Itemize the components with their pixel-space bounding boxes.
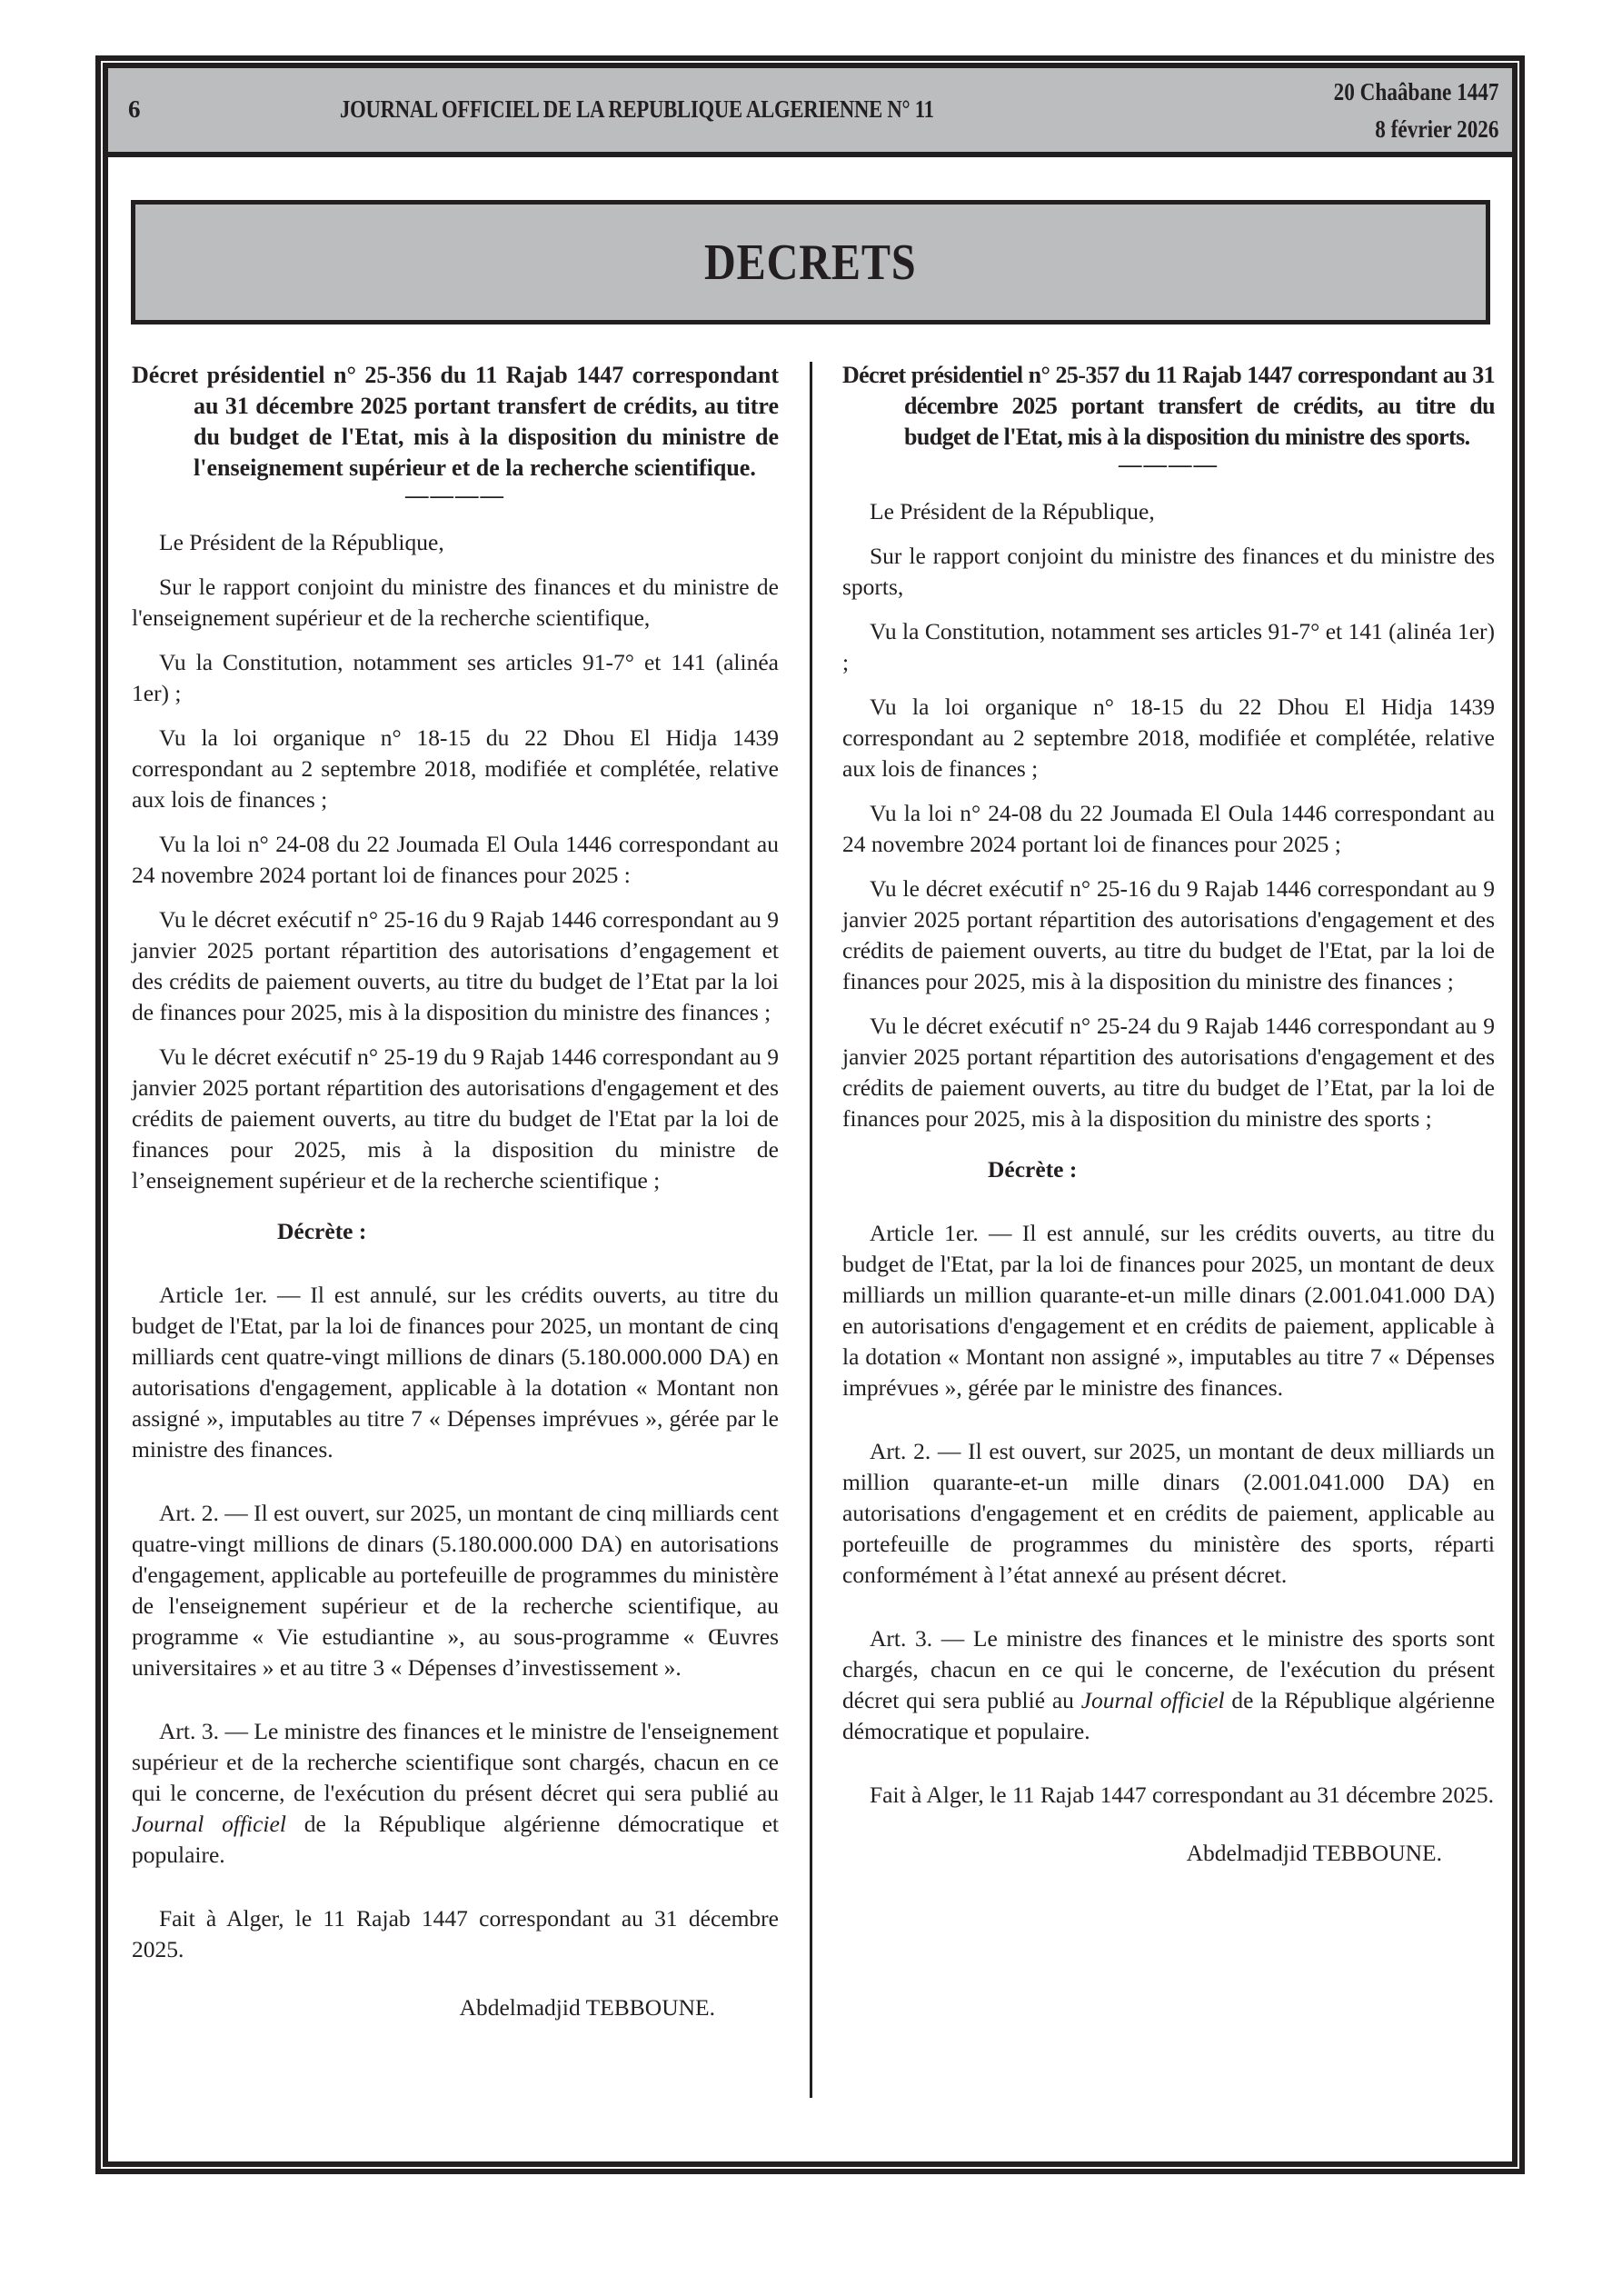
title-separator: ———— xyxy=(842,453,1495,476)
article-2: Art. 2. — Il est ouvert, sur 2025, un mo… xyxy=(842,1436,1495,1591)
title-separator: ———— xyxy=(132,484,779,507)
done-at: Fait à Alger, le 11 Rajab 1447 correspon… xyxy=(132,1903,779,1965)
column-divider xyxy=(810,362,812,2098)
preamble-constitution: Vu la Constitution, notamment ses articl… xyxy=(842,616,1495,678)
section-title: DECRETS xyxy=(704,234,917,292)
preamble-president: Le Président de la République, xyxy=(842,496,1495,527)
article-1: Article 1er. — Il est annulé, sur les cr… xyxy=(132,1280,779,1465)
journal-officiel-italic: Journal officiel xyxy=(1081,1687,1225,1713)
journal-header: 6 JOURNAL OFFICIEL DE LA REPUBLIQUE ALGE… xyxy=(108,68,1512,157)
signature: Abdelmadjid TEBBOUNE. xyxy=(132,1992,779,2023)
preamble-organic-law: Vu la loi organique n° 18-15 du 22 Dhou … xyxy=(842,692,1495,784)
preamble-report: Sur le rapport conjoint du ministre des … xyxy=(132,572,779,634)
preamble-organic-law: Vu la loi organique n° 18-15 du 22 Dhou … xyxy=(132,723,779,815)
preamble-finance-law: Vu la loi n° 24-08 du 22 Joumada El Oula… xyxy=(842,798,1495,860)
preamble-executive-decree-1: Vu le décret exécutif n° 25-16 du 9 Raja… xyxy=(842,873,1495,997)
decree-title: Décret présidentiel n° 25-357 du 11 Raja… xyxy=(842,360,1495,453)
issue-date: 20 Chaâbane 1447 8 février 2026 xyxy=(1334,74,1499,148)
article-3-text: Art. 3. — Le ministre des finances et le… xyxy=(132,1718,779,1806)
preamble-president: Le Président de la République, xyxy=(132,527,779,558)
preamble-executive-decree-2: Vu le décret exécutif n° 25-19 du 9 Raja… xyxy=(132,1042,779,1196)
decrete-label: Décrète : xyxy=(132,1216,779,1247)
preamble-executive-decree-2: Vu le décret exécutif n° 25-24 du 9 Raja… xyxy=(842,1011,1495,1134)
article-1: Article 1er. — Il est annulé, sur les cr… xyxy=(842,1218,1495,1403)
issue-date-hijri: 20 Chaâbane 1447 xyxy=(1334,74,1499,111)
issue-date-gregorian: 8 février 2026 xyxy=(1334,111,1499,148)
preamble-constitution: Vu la Constitution, notamment ses articl… xyxy=(132,647,779,709)
section-heading-box: DECRETS xyxy=(131,200,1490,324)
preamble-executive-decree-1: Vu le décret exécutif n° 25-16 du 9 Raja… xyxy=(132,904,779,1028)
journal-title: JOURNAL OFFICIEL DE LA REPUBLIQUE ALGERI… xyxy=(340,95,934,124)
article-3: Art. 3. — Le ministre des finances et le… xyxy=(132,1716,779,1871)
journal-officiel-italic: Journal officiel xyxy=(132,1811,286,1837)
page-number: 6 xyxy=(128,95,141,124)
done-at: Fait à Alger, le 11 Rajab 1447 correspon… xyxy=(842,1780,1495,1811)
decree-column-left: Décret présidentiel n° 25-356 du 11 Raja… xyxy=(132,360,779,2047)
decree-column-right: Décret présidentiel n° 25-357 du 11 Raja… xyxy=(842,360,1495,1892)
signature: Abdelmadjid TEBBOUNE. xyxy=(842,1838,1495,1869)
preamble-finance-law: Vu la loi n° 24-08 du 22 Joumada El Oula… xyxy=(132,829,779,891)
article-2: Art. 2. — Il est ouvert, sur 2025, un mo… xyxy=(132,1498,779,1683)
preamble-report: Sur le rapport conjoint du ministre des … xyxy=(842,541,1495,603)
decrete-label: Décrète : xyxy=(842,1154,1495,1185)
article-3: Art. 3. — Le ministre des finances et le… xyxy=(842,1623,1495,1747)
decree-title: Décret présidentiel n° 25-356 du 11 Raja… xyxy=(132,360,779,484)
